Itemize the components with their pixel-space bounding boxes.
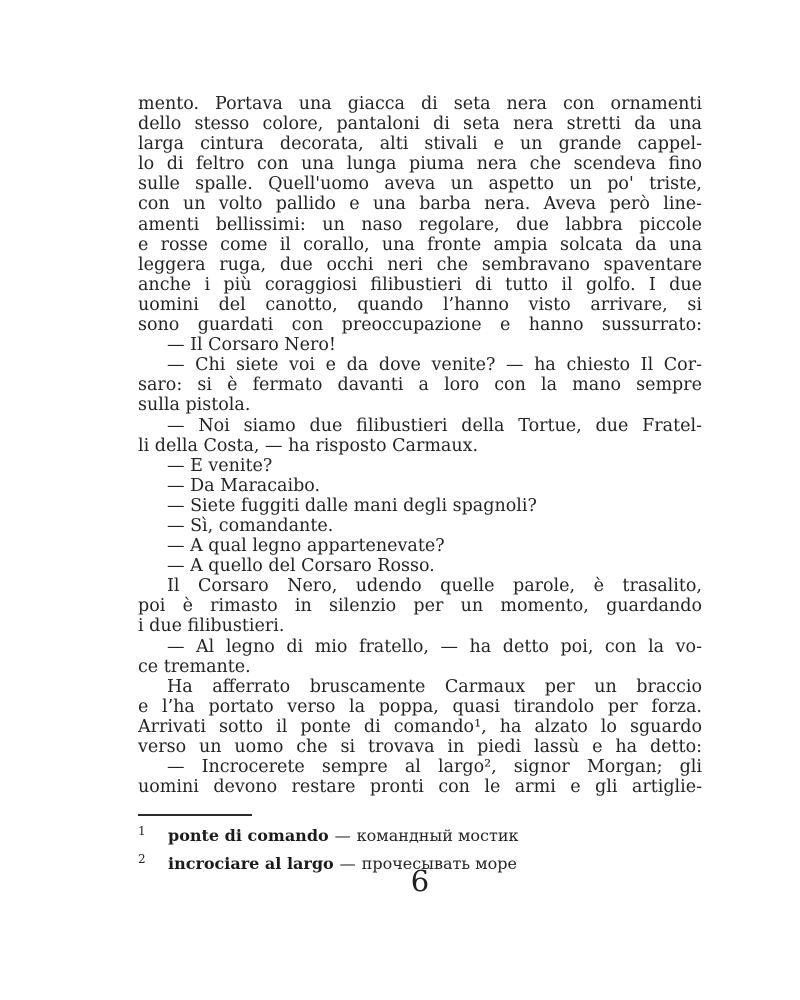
text-line: sulle spalle. Quell'uomo aveva un aspett…: [138, 174, 702, 194]
body-text: mento. Portava una giacca di seta nera c…: [138, 94, 702, 797]
footnote-translation: командный мостик: [357, 826, 519, 845]
text-line: sulla pistola.: [138, 395, 702, 415]
text-line: larga cintura decorata, alti stivali e u…: [138, 134, 702, 154]
text-line-dialogue: — Noi siamo due filibustieri della Tortu…: [138, 416, 702, 436]
text-line-dialogue: — E venite?: [138, 456, 702, 476]
text-line: Il Corsaro Nero, udendo quelle parole, è…: [138, 576, 702, 596]
book-page: mento. Portava una giacca di seta nera c…: [0, 0, 800, 1000]
text-line: e l’ha portato verso la poppa, quasi tir…: [138, 697, 702, 717]
text-line: ce tremante.: [138, 657, 702, 677]
text-line: dello stesso colore, pantaloni di seta n…: [138, 114, 702, 134]
text-line: uomini devono restare pronti con le armi…: [138, 777, 702, 797]
text-line-dialogue: — Al legno di mio fratello, — ha detto p…: [138, 637, 702, 657]
footnote-dash: —: [335, 826, 351, 845]
text-line: anche i più coraggiosi filibustieri di t…: [138, 275, 702, 295]
text-line-dialogue: — Il Corsaro Nero!: [138, 335, 702, 355]
text-line: li della Costa, — ha risposto Carmaux.: [138, 436, 702, 456]
text-line-dialogue: — Incrocerete sempre al largo², signor M…: [138, 757, 702, 777]
footnote-number: 1: [138, 820, 168, 844]
text-line-dialogue: — A quello del Corsaro Rosso.: [138, 556, 702, 576]
text-line: e rosse come il corallo, una fronte ampi…: [138, 235, 702, 255]
text-line: Ha afferrato bruscamente Carmaux per un …: [138, 677, 702, 697]
text-line: con un volto pallido e una barba nera. A…: [138, 194, 702, 214]
text-line-dialogue: — Da Maracaibo.: [138, 476, 702, 496]
text-line: amenti bellissimi: un naso regolare, due…: [138, 215, 702, 235]
footnote: 1ponte di comando—командный мостик: [138, 820, 702, 848]
footnote-term: ponte di comando: [168, 826, 329, 845]
text-line-dialogue: — Chi siete voi e da dove venite? — ha c…: [138, 355, 702, 375]
text-line: lo di feltro con una lunga piuma nera ch…: [138, 154, 702, 174]
footnote-separator: [138, 814, 252, 816]
text-line-dialogue: — Siete fuggiti dalle mani degli spagnol…: [138, 496, 702, 516]
text-line-dialogue: — A qual legno appartenevate?: [138, 536, 702, 556]
text-line: verso un uomo che si trovava in piedi la…: [138, 737, 702, 757]
page-number: 6: [138, 864, 702, 898]
text-line: mento. Portava una giacca di seta nera c…: [138, 94, 702, 114]
text-line: sono guardati con preoccupazione e hanno…: [138, 315, 702, 335]
text-line: saro: si è fermato davanti a loro con la…: [138, 375, 702, 395]
text-line: Arrivati sotto il ponte di comando¹, ha …: [138, 717, 702, 737]
text-line: leggera ruga, due occhi neri che sembrav…: [138, 255, 702, 275]
text-line: poi è rimasto in silenzio per un momento…: [138, 596, 702, 616]
text-line: i due filibustieri.: [138, 616, 702, 636]
text-line-dialogue: — Sì, comandante.: [138, 516, 702, 536]
text-line: uomini del canotto, quando l’hanno visto…: [138, 295, 702, 315]
